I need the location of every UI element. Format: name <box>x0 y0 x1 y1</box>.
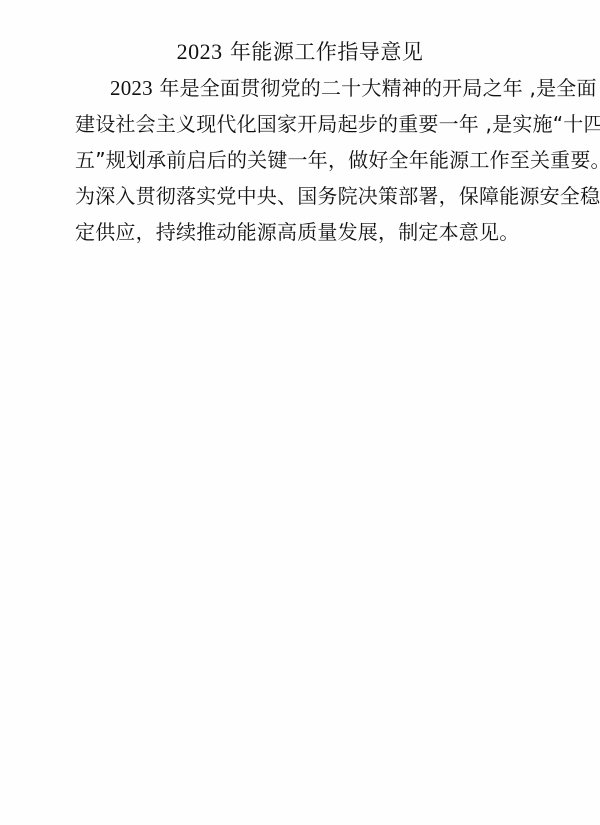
paragraph1-line5: 定供应，持续推动能源高质量发展，制定本意见。 <box>75 218 531 246</box>
paragraph1-line4: 为深入贯彻落实党中央、国务院决策部署，保障能源安全稳 <box>75 182 531 210</box>
paragraph1-line1: 2023 年是全面贯彻党的二十大精神的开局之年 ,是全面 <box>110 74 531 102</box>
title-year: 2023 <box>177 39 223 64</box>
paragraph1-line2: 建设社会主义现代化国家开局起步的重要一年 ,是实施“十四 <box>75 110 531 138</box>
paragraph1-line3: 五”规划承前启后的关键一年，做好全年能源工作至关重要。 <box>75 146 531 174</box>
document-title: 2023 年能源工作指导意见 <box>0 38 600 66</box>
year-text: 2023 <box>110 76 153 100</box>
paragraph-text: 年是全面贯彻党的二十大精神的开局之年 ,是全面 <box>153 76 597 100</box>
document-page: 2023 年能源工作指导意见 2023 年是全面贯彻党的二十大精神的开局之年 ,… <box>0 0 600 825</box>
title-text: 年能源工作指导意见 <box>223 40 424 64</box>
